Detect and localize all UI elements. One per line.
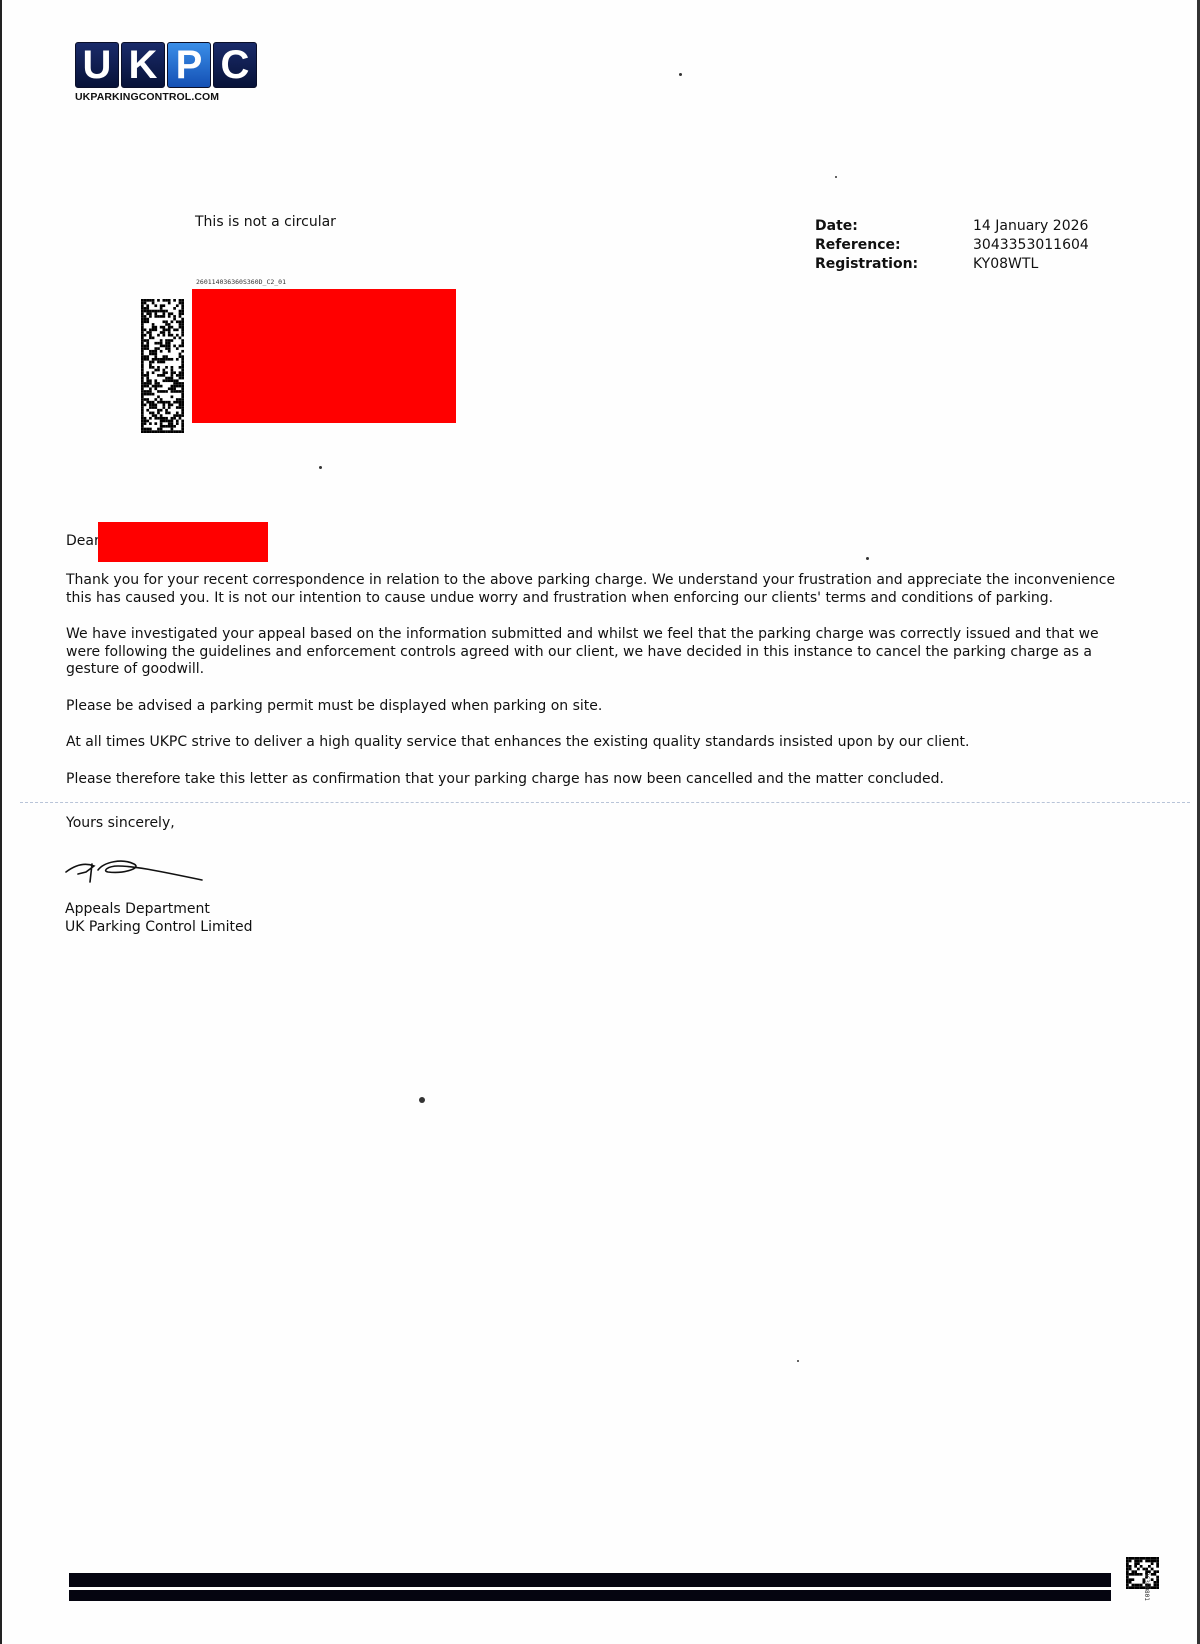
scan-edge-left [0, 0, 2, 1644]
signoff-block: Appeals Department UK Parking Control Li… [65, 900, 253, 936]
paragraph-2: We have investigated your appeal based o… [66, 626, 1136, 679]
not-circular-notice: This is not a circular [195, 214, 336, 230]
scan-speck [419, 1097, 425, 1103]
logo-tiles: U K P C [75, 42, 257, 88]
logo-url: UKPARKINGCONTROL.COM [75, 91, 257, 103]
signature-icon [64, 852, 204, 886]
salutation: Dear [66, 533, 100, 549]
meta-value-date: 14 January 2026 [973, 217, 1088, 236]
meta-value-reference: 3043353011604 [973, 236, 1089, 255]
logo-tile-u: U [75, 42, 119, 88]
meta-row-date: Date: 14 January 2026 [815, 217, 1089, 236]
footer-bar-bottom [69, 1590, 1111, 1601]
redacted-recipient-name [98, 522, 268, 562]
meta-label: Reference: [815, 236, 973, 255]
signoff-company: UK Parking Control Limited [65, 918, 253, 936]
ukpc-logo: U K P C UKPARKINGCONTROL.COM [75, 42, 257, 103]
logo-tile-k: K [121, 42, 165, 88]
redacted-address [192, 289, 456, 423]
meta-value-registration: KY08WTL [973, 255, 1038, 274]
paragraph-1: Thank you for your recent correspondence… [66, 572, 1136, 607]
paragraph-5: Please therefore take this letter as con… [66, 771, 1136, 789]
scan-speck [835, 176, 837, 178]
fold-line [20, 802, 1190, 803]
signoff-department: Appeals Department [65, 900, 253, 918]
closing: Yours sincerely, [66, 815, 175, 831]
letter-body: Thank you for your recent correspondence… [66, 572, 1136, 807]
meta-label: Date: [815, 217, 973, 236]
footer-tracking-code: 36360801 [1143, 1572, 1150, 1601]
scan-speck [319, 466, 322, 469]
scan-speck [866, 557, 869, 560]
meta-row-reference: Reference: 3043353011604 [815, 236, 1089, 255]
paragraph-4: At all times UKPC strive to deliver a hi… [66, 734, 1136, 752]
logo-tile-c: C [213, 42, 257, 88]
mailing-ref-code: 260114036360S360D_C2_01 [196, 278, 286, 286]
paragraph-3: Please be advised a parking permit must … [66, 698, 1136, 716]
meta-label: Registration: [815, 255, 973, 274]
letter-page: U K P C UKPARKINGCONTROL.COM This is not… [0, 0, 1200, 1644]
logo-tile-p: P [167, 42, 211, 88]
meta-row-registration: Registration: KY08WTL [815, 255, 1089, 274]
letter-metadata: Date: 14 January 2026 Reference: 3043353… [815, 217, 1089, 274]
datamatrix-barcode-icon [141, 299, 184, 433]
scan-speck [679, 73, 682, 76]
scan-speck [797, 1360, 799, 1362]
footer-bar-top [69, 1573, 1111, 1587]
